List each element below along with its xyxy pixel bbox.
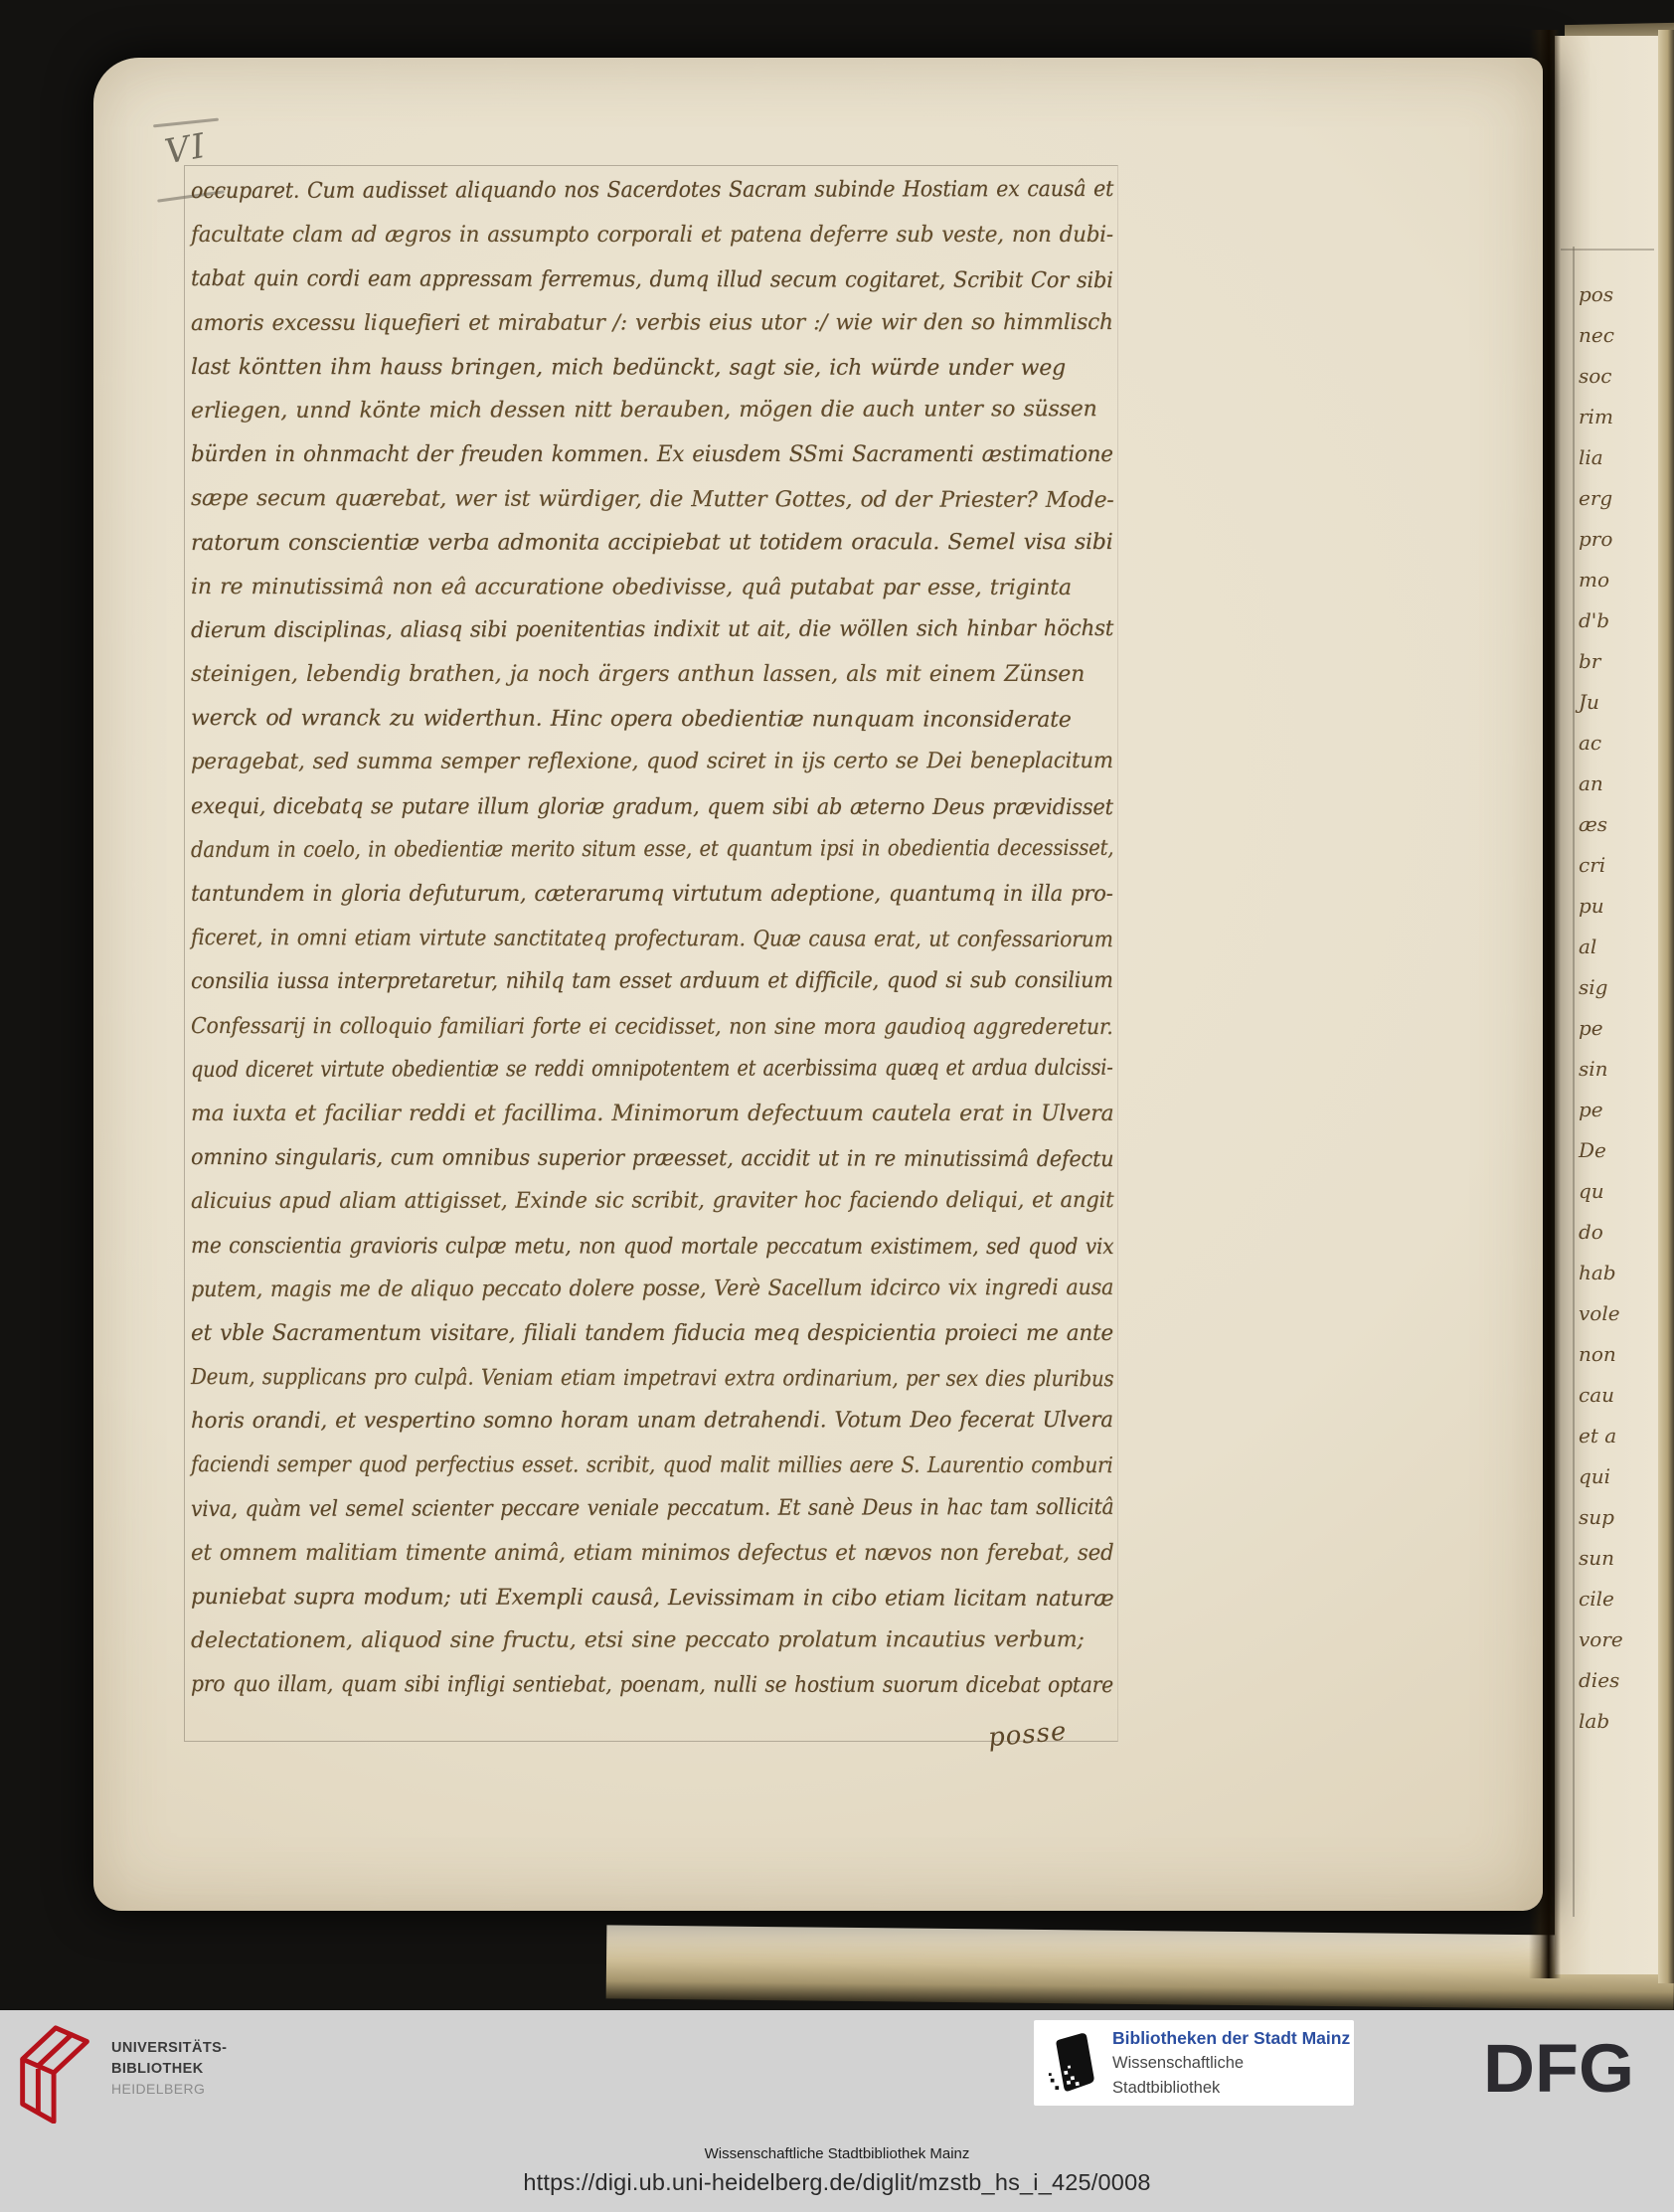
next-page-fragment: Ju bbox=[1579, 690, 1599, 714]
book-edge-bottom bbox=[606, 1925, 1674, 2009]
manuscript-line: erliegen, unnd könte mich dessen nitt be… bbox=[191, 397, 1113, 442]
next-page-fragment: rim bbox=[1579, 405, 1613, 428]
next-page-fragment: non bbox=[1579, 1342, 1616, 1366]
next-page-fragment: pos bbox=[1579, 282, 1613, 306]
manuscript-line: me conscientia gravioris culpæ metu, non… bbox=[191, 1234, 1034, 1278]
manuscript-line: tantundem in gloria defuturum, cæterarum… bbox=[191, 882, 1076, 926]
manuscript-line: facultate clam ad ægros in assumpto corp… bbox=[191, 223, 1087, 266]
footer-caption: Wissenschaftliche Stadtbibliothek Mainz bbox=[0, 2145, 1674, 2162]
next-page-fragment: hab bbox=[1579, 1261, 1616, 1284]
manuscript-line: occuparet. Cum audisset aliquando nos Sa… bbox=[191, 177, 1055, 223]
next-page-fragment: pe bbox=[1579, 1016, 1603, 1040]
manuscript-line: consilia iussa interpretaretur, nihilq t… bbox=[191, 968, 1060, 1013]
heidelberg-logo-text: UNIVERSITÄTS- BIBLIOTHEK HEIDELBERG bbox=[111, 2038, 227, 2100]
mainz-book-icon bbox=[1048, 2033, 1099, 2093]
manuscript-line: putem, magis me de aliquo peccato dolere… bbox=[191, 1276, 1058, 1321]
heidelberg-line3: HEIDELBERG bbox=[111, 2079, 227, 2100]
next-page-fragment: lab bbox=[1579, 1709, 1609, 1733]
heidelberg-line1: UNIVERSITÄTS- bbox=[111, 2038, 227, 2059]
dfg-logo: DFG bbox=[1483, 2030, 1634, 2108]
manuscript-line: ficeret, in omni etiam virtute sanctitat… bbox=[191, 926, 1042, 971]
next-page-fragment: qui bbox=[1579, 1464, 1610, 1488]
manuscript-line: omnino singularis, cum omnibus superior … bbox=[191, 1145, 1062, 1191]
next-page-fragment: sig bbox=[1579, 975, 1607, 999]
pencil-stroke-top bbox=[153, 118, 219, 127]
scan-viewport: posnecsocrimliaergpromod'bbrJuacanæscrip… bbox=[0, 0, 1674, 2212]
next-page-fragments: posnecsocrimliaergpromod'bbrJuacanæscrip… bbox=[1555, 36, 1660, 1974]
manuscript-line: amoris excessu liquefieri et mirabatur /… bbox=[191, 310, 1094, 355]
next-page-fragment: erg bbox=[1579, 486, 1612, 510]
next-page-fragment: sun bbox=[1579, 1546, 1614, 1570]
manuscript-line: dierum disciplinas, aliasq sibi poeniten… bbox=[191, 616, 1082, 662]
manuscript-text: occuparet. Cum audisset aliquando nos Sa… bbox=[191, 179, 1113, 1717]
next-page-fragment: sin bbox=[1579, 1057, 1608, 1081]
next-page-fragment: pro bbox=[1579, 527, 1612, 551]
next-page-fragment: mo bbox=[1579, 568, 1609, 592]
next-page-fragment: cau bbox=[1579, 1383, 1614, 1407]
footer-band: UNIVERSITÄTS- BIBLIOTHEK HEIDELBERG B bbox=[0, 2010, 1674, 2212]
next-page-fragment: nec bbox=[1579, 323, 1614, 347]
manuscript-line: Deum, supplicans pro culpâ. Veniam etiam… bbox=[191, 1365, 1019, 1411]
next-page-fragment: an bbox=[1579, 771, 1603, 795]
next-page-fragment: pe bbox=[1579, 1098, 1603, 1121]
next-page-edge: posnecsocrimliaergpromod'bbrJuacanæscrip… bbox=[1555, 36, 1660, 1974]
manuscript-line: bürden in ohnmacht der freuden kommen. E… bbox=[191, 442, 1088, 486]
manuscript-line: quod diceret virtute obedientiæ se reddi… bbox=[191, 1056, 999, 1102]
manuscript-line: last köntten ihm hauss bringen, mich bed… bbox=[191, 355, 1113, 400]
manuscript-line: alicuius apud aliam attigisset, Exinde s… bbox=[191, 1188, 1075, 1233]
next-page-fragment: et a bbox=[1579, 1424, 1616, 1447]
heidelberg-logo-icon bbox=[14, 2018, 101, 2124]
next-page-fragment: ac bbox=[1579, 731, 1601, 755]
next-page-fragment: dies bbox=[1579, 1668, 1619, 1692]
mainz-logo-text: Bibliotheken der Stadt Mainz Wissenschaf… bbox=[1112, 2026, 1354, 2101]
manuscript-line: et vble Sacramentum visitare, filiali ta… bbox=[191, 1321, 1091, 1365]
book-fore-edge bbox=[1658, 30, 1674, 1983]
next-page-fragment: æs bbox=[1579, 812, 1607, 836]
mainz-logo-box: Bibliotheken der Stadt Mainz Wissenschaf… bbox=[1034, 2020, 1354, 2106]
footer-url: https://digi.ub.uni-heidelberg.de/diglit… bbox=[0, 2169, 1674, 2196]
next-page-fragment: br bbox=[1579, 649, 1600, 673]
next-page-fragment: cile bbox=[1579, 1587, 1614, 1611]
manuscript-line: et omnem malitiam timente animâ, etiam m… bbox=[191, 1541, 1081, 1585]
manuscript-line: horis orandi, et vespertino somno horam … bbox=[191, 1408, 1086, 1452]
manuscript-page: VI occuparet. Cum audisset aliquando nos… bbox=[93, 58, 1543, 1911]
mainz-subtitle: Wissenschaftliche Stadtbibliothek bbox=[1112, 2051, 1354, 2101]
manuscript-line: tabat quin cordi eam appressam ferremus,… bbox=[191, 266, 1070, 312]
next-page-fragment: qu bbox=[1579, 1179, 1604, 1203]
next-page-fragment: lia bbox=[1579, 445, 1603, 469]
catchword: posse bbox=[987, 1717, 1069, 1754]
next-page-fragment: vole bbox=[1579, 1301, 1620, 1325]
manuscript-line: peragebat, sed summa semper reflexione, … bbox=[191, 749, 1080, 793]
manuscript-line: faciendi semper quod perfectius esset. s… bbox=[191, 1452, 1027, 1497]
manuscript-line: exequi, dicebatq se putare illum gloriæ … bbox=[191, 794, 1066, 839]
next-page-fragment: sup bbox=[1579, 1505, 1614, 1529]
manuscript-line: dandum in coelo, in obedientiæ merito si… bbox=[191, 836, 1014, 882]
next-page-fragment: pu bbox=[1579, 894, 1604, 918]
manuscript-line: ma iuxta et faciliar reddi et facillima.… bbox=[191, 1102, 1111, 1145]
manuscript-line: werck od wranck zu widerthun. Hinc opera… bbox=[191, 706, 1113, 752]
manuscript-line: viva, quàm vel semel scienter peccare ve… bbox=[191, 1495, 1039, 1541]
manuscript-line: delectationem, aliquod sine fructu, etsi… bbox=[191, 1627, 1113, 1672]
next-page-fragment: vore bbox=[1579, 1627, 1623, 1651]
mainz-title: Bibliotheken der Stadt Mainz bbox=[1112, 2026, 1354, 2051]
next-page-fragment: cri bbox=[1579, 853, 1605, 877]
manuscript-line: ratorum conscientiæ verba admonita accip… bbox=[191, 530, 1112, 575]
next-page-fragment: soc bbox=[1579, 364, 1612, 388]
manuscript-line: pro quo illam, quam sibi infligi sentieb… bbox=[191, 1672, 1040, 1717]
manuscript-line: Confessarij in colloquio familiari forte… bbox=[191, 1014, 1050, 1059]
manuscript-line: puniebat supra modum; uti Exempli causâ,… bbox=[191, 1585, 1100, 1630]
next-page-fragment: De bbox=[1579, 1138, 1606, 1162]
heidelberg-line2: BIBLIOTHEK bbox=[111, 2059, 227, 2080]
next-page-fragment: d'b bbox=[1579, 608, 1609, 632]
manuscript-line: steinigen, lebendig brathen, ja noch ärg… bbox=[191, 662, 1113, 706]
manuscript-line: sæpe secum quærebat, wer ist würdiger, d… bbox=[191, 486, 1105, 532]
next-page-fragment: do bbox=[1579, 1220, 1603, 1244]
manuscript-line: in re minutissimâ non eâ accuratione obe… bbox=[191, 575, 1113, 619]
next-page-fragment: al bbox=[1579, 935, 1596, 958]
